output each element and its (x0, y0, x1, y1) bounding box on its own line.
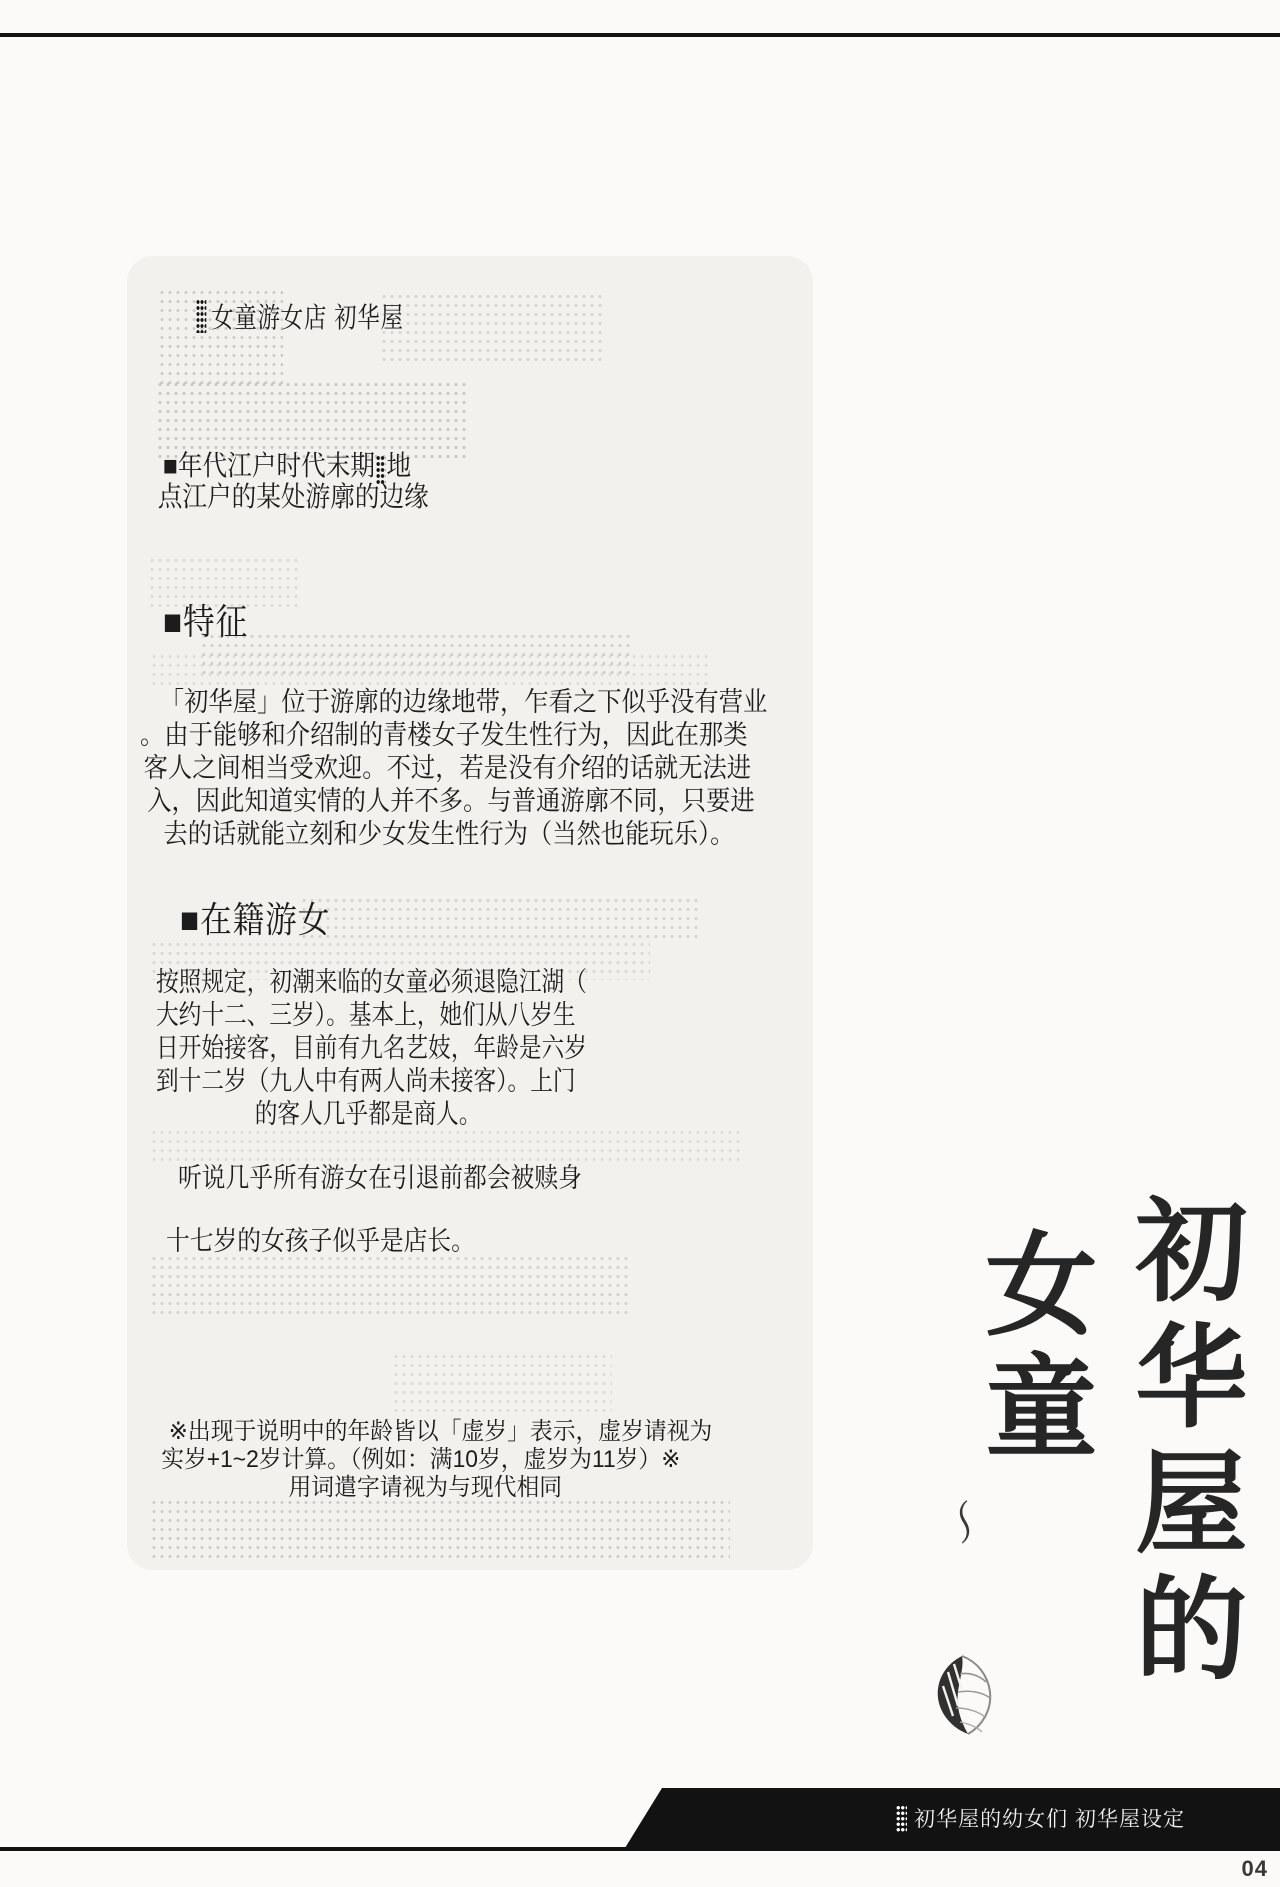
dotted-bar-icon (196, 299, 206, 333)
age-footnote: ※出现于说明中的年龄皆以「虚岁」表示，虚岁请视为 实岁+1~2岁计算。（例如：满… (146, 1418, 712, 1502)
text-line: ※出现于说明中的年龄皆以「虚岁」表示，虚岁请视为 (169, 1418, 713, 1446)
text-line: 去的话就能立刻和少女发生性行为（当然也能玩乐）。 (163, 818, 767, 851)
shell-sketch-icon (926, 1646, 1010, 1750)
text-line: 。由于能够和介绍制的青楼女子发生性行为，因此在那类 (140, 719, 767, 752)
roster-note-redeem: 听说几乎所有游女在引退前都会被赎身 (178, 1156, 582, 1195)
text-line: 客人之间相当受欢迎。不过，若是没有介绍的话就无法进 (144, 752, 768, 785)
text-line: 实岁+1~2岁计算。（例如：满10岁，虚岁为11岁）※ (161, 1446, 712, 1474)
top-rule (0, 33, 1280, 37)
store-title: 女童游女店 初华屋 (211, 302, 404, 333)
side-title-sub: 女童 (952, 1226, 1113, 1470)
footer-label: 初华屋的幼女们 初华屋设定 (914, 1803, 1185, 1833)
store-title-row: 女童游女店 初华屋 (196, 296, 404, 336)
text-line: 日开始接客，目前有九名艺妓，年龄是六岁 (156, 1032, 580, 1065)
roster-paragraph: 按照规定，初潮来临的女童必须退隐江湖（ 大约十二、三岁）。基本上，她们从八岁生 … (156, 966, 580, 1131)
text-line: 按照规定，初潮来临的女童必须退隐江湖（ (156, 966, 580, 999)
side-title-main: 初华屋的 (1102, 1192, 1263, 1696)
footer-bar: 初华屋的幼女们 初华屋设定 (625, 1788, 1280, 1848)
text-line: 大约十二、三岁）。基本上，她们从八岁生 (156, 999, 580, 1032)
era-location-line2: 点江户的某处游廓的边缘 (158, 481, 429, 512)
scanned-page: 女童游女店 初华屋 ■年代江户时代末期地 点江户的某处游廓的边缘 ■特征 「初华… (0, 0, 1280, 1887)
text-line: 用词遣字请视为与现代相同 (289, 1474, 713, 1502)
text-line: 「初华屋」位于游廓的边缘地带，乍看之下似乎没有营业 (160, 686, 768, 719)
features-paragraph: 「初华屋」位于游廓的边缘地带，乍看之下似乎没有营业 。由于能够和介绍制的青楼女子… (140, 686, 767, 851)
text-line: 的客人几乎都是商人。 (156, 1098, 580, 1131)
features-heading: ■特征 (163, 594, 248, 645)
page-number: 04 (1242, 1856, 1268, 1882)
era-location-line1: ■年代江户时代末期地 (163, 450, 429, 481)
dotted-bar-icon (896, 1805, 907, 1832)
tilde-mark: ～ (946, 1498, 994, 1546)
era-location: ■年代江户时代末期地 点江户的某处游廓的边缘 (163, 450, 429, 512)
bottom-rule (0, 1847, 1280, 1851)
roster-note-manager: 十七岁的女孩子似乎是店长。 (166, 1219, 475, 1258)
text-line: 到十二岁（九人中有两人尚未接客）。上门 (156, 1065, 580, 1098)
text-line: 入，因此知道实情的人并不多。与普通游廓不同，只要进 (147, 785, 767, 818)
roster-heading: ■在籍游女 (180, 892, 330, 943)
